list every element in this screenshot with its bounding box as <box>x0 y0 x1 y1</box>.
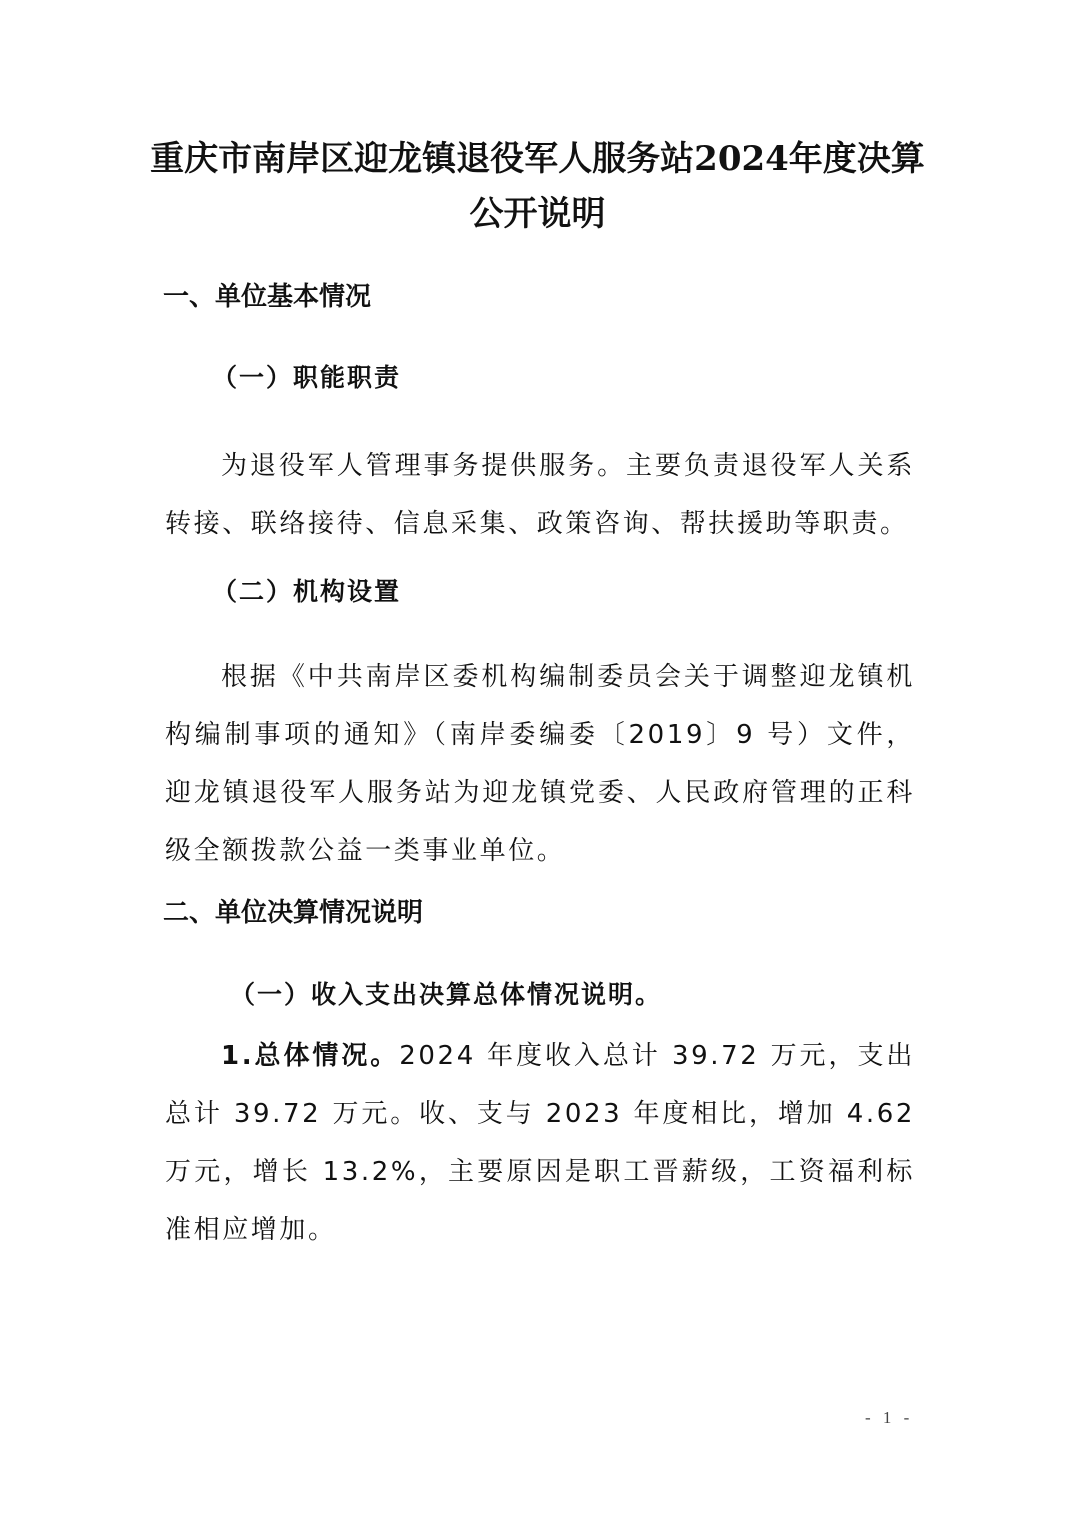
document-title-line-2: 公开说明 <box>150 185 925 243</box>
document-title-line-1: 重庆市南岸区迎龙镇退役军人服务站2024年度决算 <box>150 130 925 188</box>
document-page: 重庆市南岸区迎龙镇退役军人服务站2024年度决算 公开说明 一、单位基本情况 （… <box>0 0 1075 1520</box>
subsection-heading-income-expense: （一）收入支出决算总体情况说明。 <box>230 975 662 1015</box>
section-heading-basic-info: 一、单位基本情况 <box>163 277 371 317</box>
paragraph-organization: 根据《中共南岸区委机构编制委员会关于调整迎龙镇机构编制事项的通知》（南岸委编委〔… <box>165 648 915 880</box>
paragraph-functions: 为退役军人管理事务提供服务。主要负责退役军人关系转接、联络接待、信息采集、政策咨… <box>165 437 915 553</box>
subsection-heading-organization: （二）机构设置 <box>212 572 401 612</box>
subsection-heading-functions: （一）职能职责 <box>212 358 401 398</box>
paragraph-body: 2024 年度收入总计 39.72 万元，支出总计 39.72 万元。收、支与 … <box>165 1041 915 1245</box>
section-heading-final-accounts: 二、单位决算情况说明 <box>163 893 423 933</box>
paragraph-overall: 1.总体情况。2024 年度收入总计 39.72 万元，支出总计 39.72 万… <box>165 1027 915 1259</box>
paragraph-lead: 1.总体情况。 <box>221 1041 399 1071</box>
page-number: - 1 - <box>865 1408 913 1428</box>
